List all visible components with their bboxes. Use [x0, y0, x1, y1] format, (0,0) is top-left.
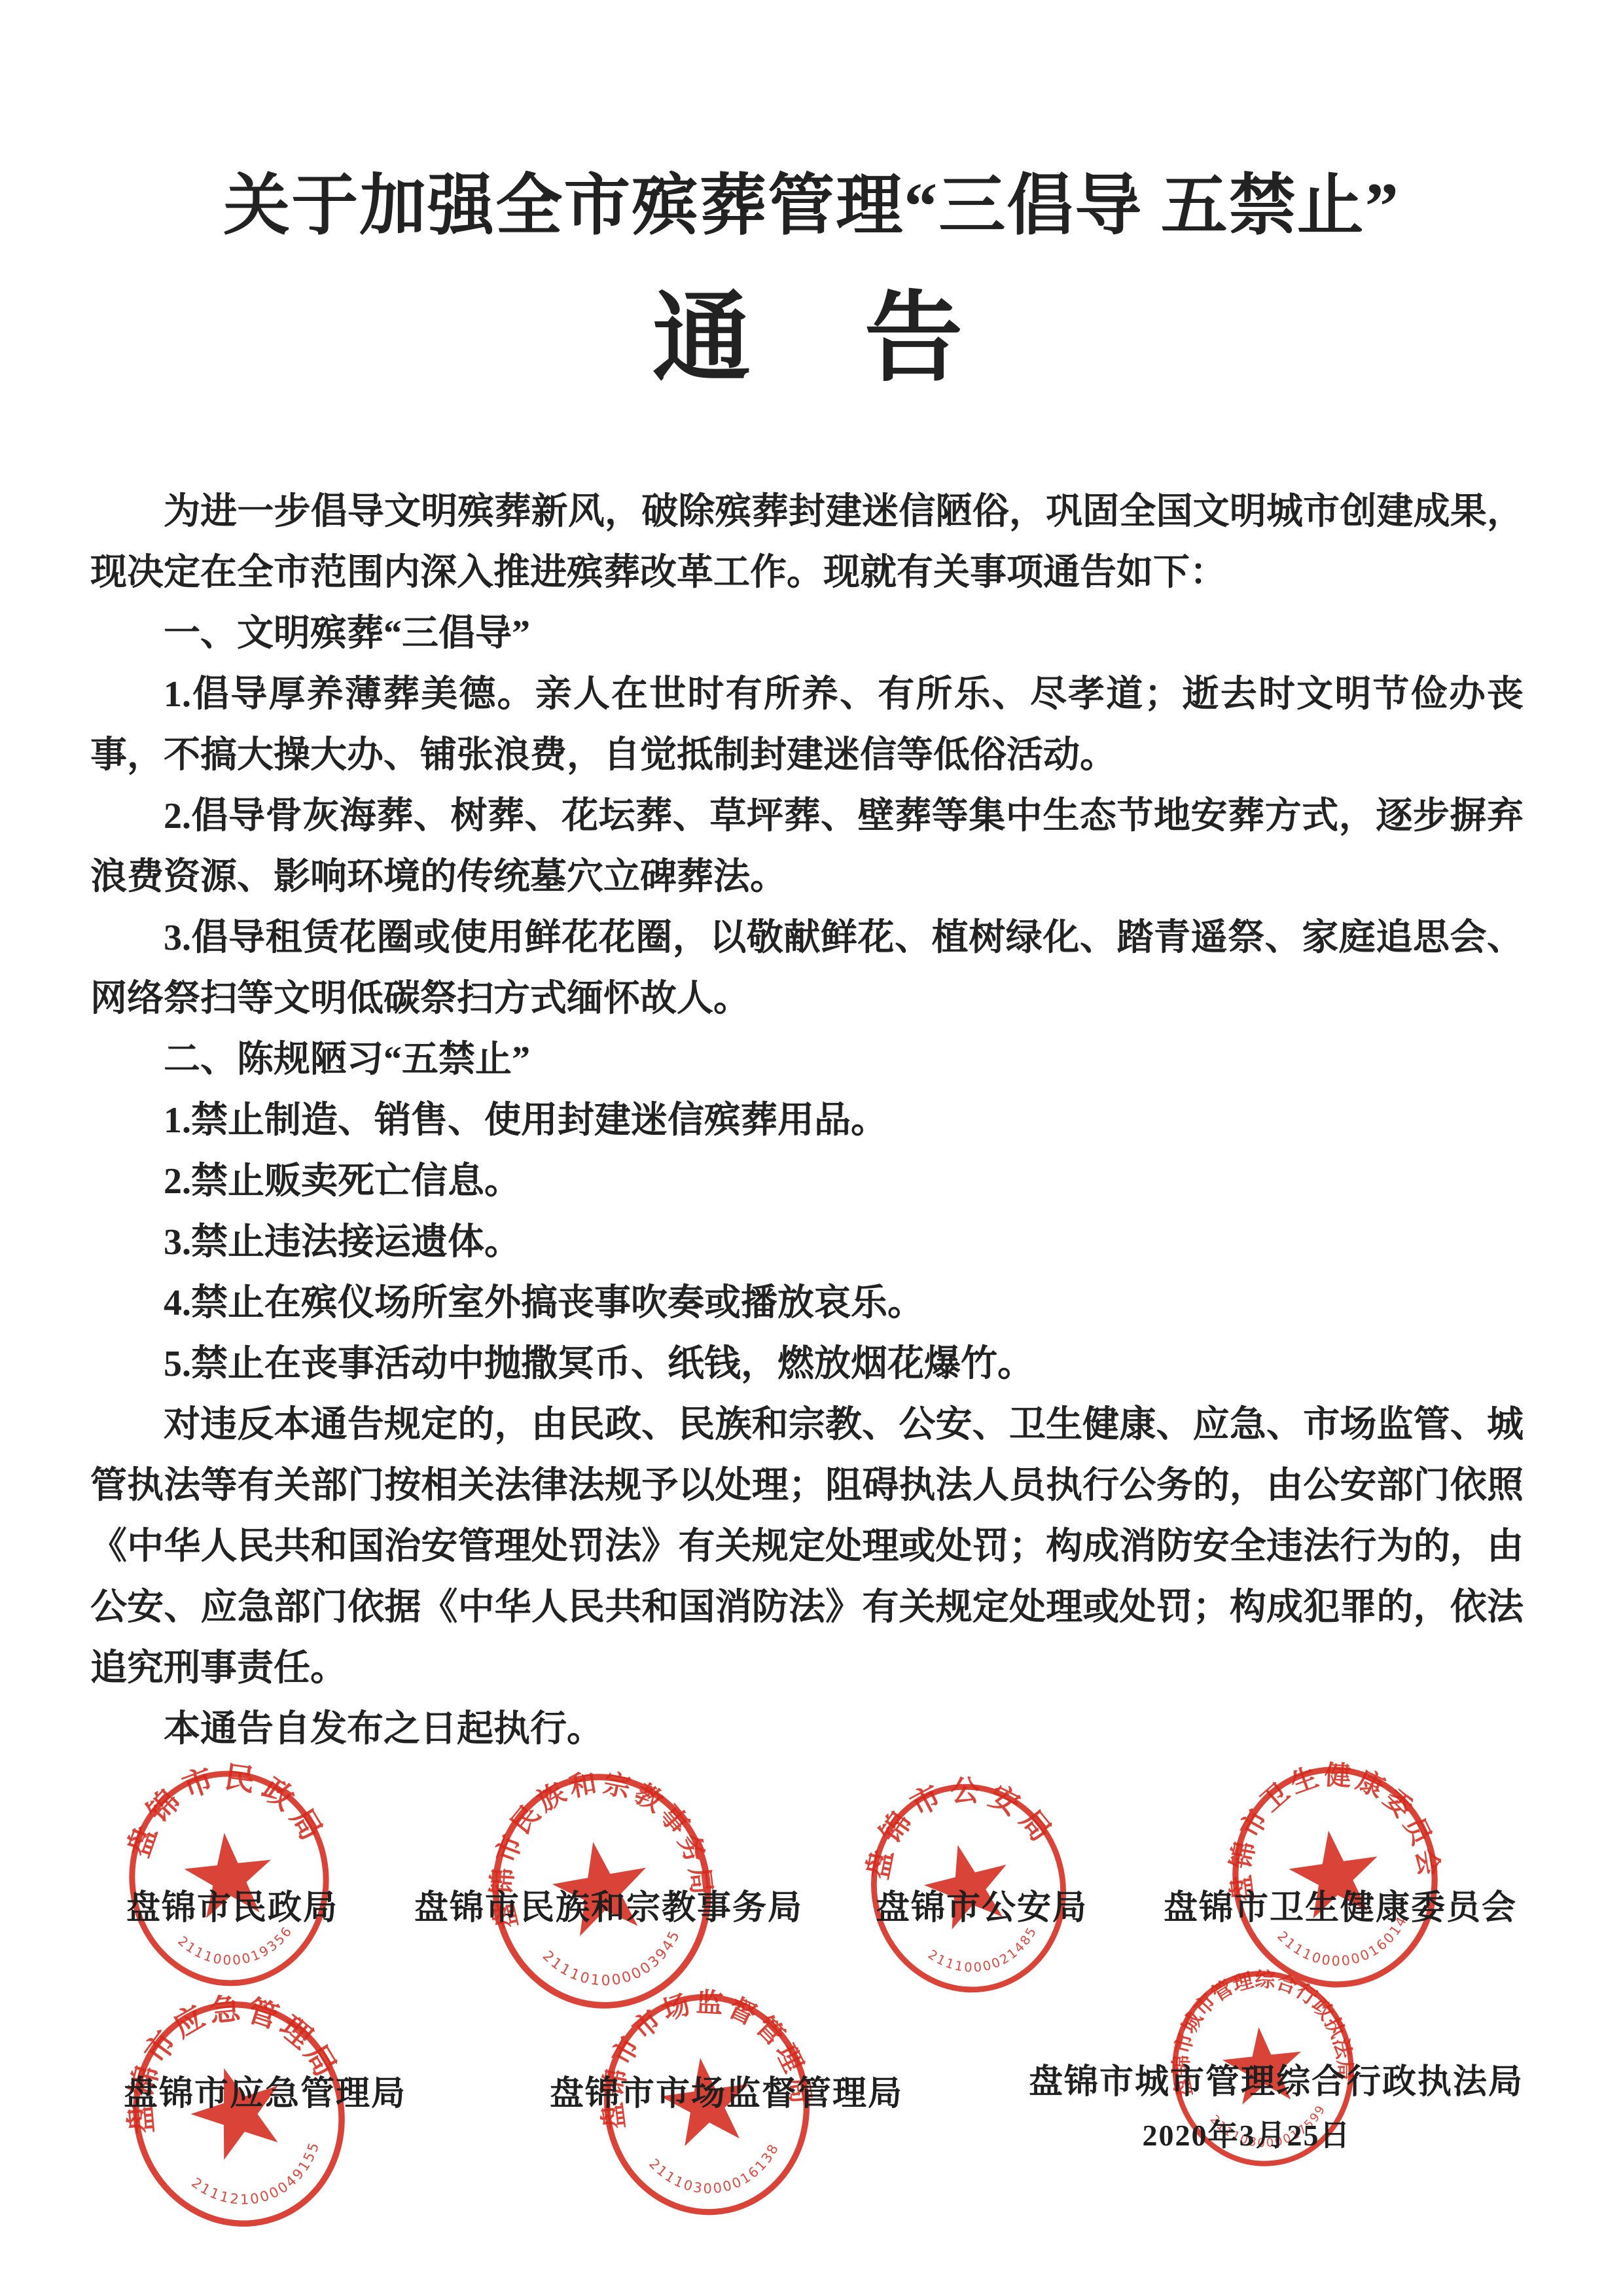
seal-graphic: 盘锦市民政局 2111000019356 [111, 1754, 347, 2003]
svg-text:2111000021485: 2111000021485 [923, 1921, 1047, 1987]
seal-arc-text: 盘锦市公安局 [843, 1753, 1061, 1890]
seal-label-yingji: 盘锦市应急管理局 [124, 2066, 406, 2115]
paragraph: 1.倡导厚养薄葬美德。亲人在世时有所养、有所乐、尽孝道；逝去时文明节俭办丧事，不… [90, 664, 1524, 786]
section-heading: 二、陈规陋习“五禁止” [90, 1030, 1524, 1090]
notice-document-page: 关于加强全市殡葬管理“三倡导 五禁止” 通 告 为进一步倡导文明殡葬新风，破除殡… [0, 0, 1623, 2296]
paragraph: 1.禁止制造、销售、使用封建迷信殡葬用品。 [90, 1090, 1524, 1151]
svg-text:211121000049155: 211121000049155 [186, 2134, 335, 2225]
svg-text:盘锦市公安局: 盘锦市公安局 [843, 1753, 1061, 1890]
seal-label-minzheng: 盘锦市民政局 [126, 1880, 338, 1929]
paragraph: 5.禁止在丧事活动中抛撒冥币、纸钱，燃放烟花爆竹。 [90, 1334, 1524, 1395]
paragraph: 为进一步倡导文明殡葬新风，破除殡葬封建迷信陋俗，巩固全国文明城市创建成果，现决定… [90, 482, 1524, 603]
section-heading: 一、文明殡葬“三倡导” [90, 603, 1524, 664]
seal-number: 211121000049155 [186, 2134, 335, 2225]
paragraph: 3.禁止违法接运遗体。 [90, 1212, 1524, 1273]
seal-label-chengguan: 盘锦市城市管理综合行政执法局 [1029, 2054, 1524, 2103]
document-title-line1: 关于加强全市殡葬管理“三倡导 五禁止” [0, 171, 1623, 242]
document-date: 2020年3月25日 [1143, 2111, 1351, 2155]
paragraph: 3.倡导租赁花圈或使用鲜花花圈，以敬献鲜花、植树绿化、踏青遥祭、家庭追思会、网络… [90, 908, 1524, 1030]
seal-label-gongan: 盘锦市公安局 [876, 1880, 1088, 1929]
seal-label-shichangjianguan: 盘锦市市场监督管理局 [550, 2066, 903, 2115]
seal-label-minzu-zongjiao: 盘锦市民族和宗教事务局 [414, 1880, 803, 1929]
paragraph: 对违反本通告规定的，由民政、民族和宗教、公安、卫生健康、应急、市场监管、城管执法… [90, 1395, 1524, 1699]
paragraph: 2.禁止贩卖死亡信息。 [90, 1151, 1524, 1212]
paragraph: 2.倡导骨灰海葬、树葬、花坛葬、草坪葬、壁葬等集中生态节地安葬方式，逐步摒弃浪费… [90, 786, 1524, 908]
seal-number: 2111000021485 [923, 1921, 1047, 1987]
document-body: 为进一步倡导文明殡葬新风，破除殡葬封建迷信陋俗，巩固全国文明城市创建成果，现决定… [90, 482, 1524, 1760]
seal-label-weijian: 盘锦市卫生健康委员会 [1164, 1880, 1517, 1929]
document-title-line2: 通 告 [0, 288, 1623, 391]
official-seal-minzheng: 盘锦市民政局 2111000019356 [111, 1754, 347, 2003]
paragraph: 4.禁止在殡仪场所室外搞丧事吹奏或播放哀乐。 [90, 1273, 1524, 1334]
